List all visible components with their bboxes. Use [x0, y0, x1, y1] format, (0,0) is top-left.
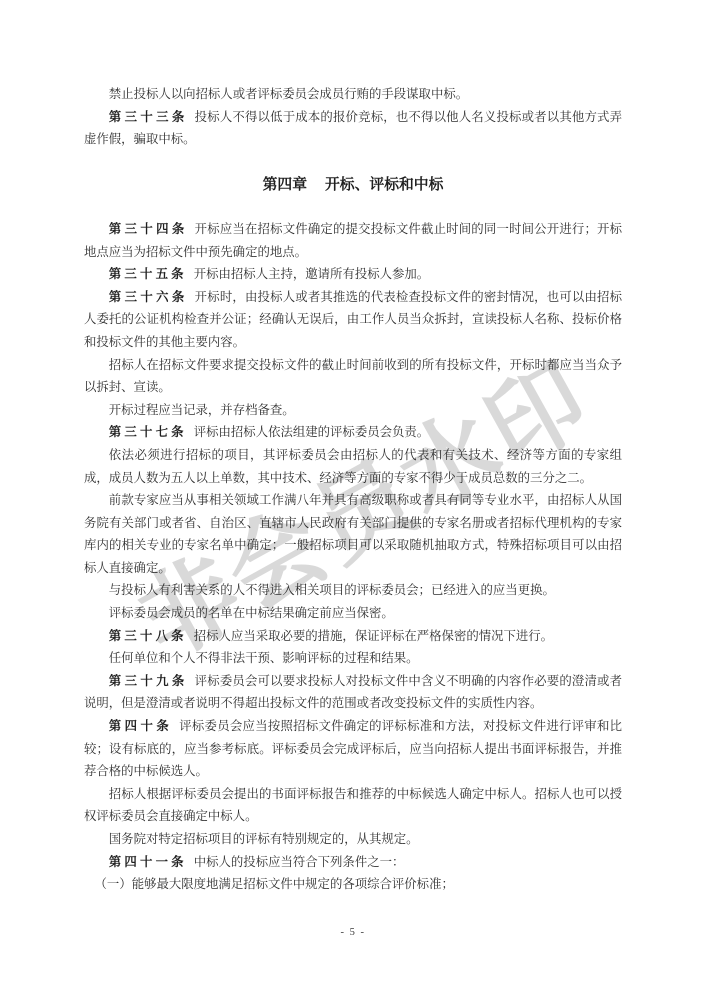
document-page: 非会员水印 禁止投标人以向招标人或者评标委员会成员行贿的手段谋取中标。 第三十三…	[0, 0, 706, 1000]
paragraph: 第三十九条评标委员会可以要求投标人对投标文件中含义不明确的内容作必要的澄清或者说…	[84, 670, 622, 715]
paragraph: 前款专家应当从事相关领域工作满八年并具有高级职称或者具有同等专业水平，由招标人从…	[84, 489, 622, 579]
paragraph-text: 与投标人有利害关系的人不得进入相关项目的评标委员会；已经进入的应当更换。	[109, 583, 555, 597]
paragraph-text: 开标由招标人主持，邀请所有投标人参加。	[194, 267, 429, 281]
page-number-footer: - 5 -	[0, 926, 706, 940]
chapter-title: 开标、评标和中标	[325, 177, 443, 193]
article-number: 第三十八条	[109, 629, 187, 643]
paragraph-text: 招标人根据评标委员会提出的书面评标报告和推荐的中标候选人确定中标人。招标人也可以…	[84, 787, 622, 824]
article-number: 第三十五条	[109, 267, 187, 281]
paragraph-text: 禁止投标人以向招标人或者评标委员会成员行贿的手段谋取中标。	[109, 87, 468, 101]
paragraph: 第四十一条中标人的投标应当符合下列条件之一：	[84, 851, 622, 874]
article-number: 第三十三条	[109, 110, 188, 124]
paragraph: 第三十六条开标时，由投标人或者其推选的代表检查投标文件的密封情况，也可以由招标人…	[84, 286, 622, 354]
paragraph: 开标过程应当记录，并存档备查。	[84, 399, 622, 422]
article-number: 第三十四条	[109, 222, 188, 236]
paragraph: 第四十条评标委员会应当按照招标文件确定的评标标准和方法，对投标文件进行评审和比较…	[84, 715, 622, 783]
article-number: 第三十九条	[109, 674, 188, 688]
paragraph-text: 招标人应当采取必要的措施，保证评标在严格保密的情况下进行。	[194, 629, 553, 643]
article-number: 第四十一条	[109, 855, 187, 869]
paragraph: 禁止投标人以向招标人或者评标委员会成员行贿的手段谋取中标。	[84, 83, 622, 106]
paragraph: 国务院对特定招标项目的评标有特别规定的，从其规定。	[84, 828, 622, 851]
paragraph: 招标人在招标文件要求提交投标文件的截止时间前收到的所有投标文件，开标时都应当当众…	[84, 354, 622, 399]
paragraph: 评标委员会成员的名单在中标结果确定前应当保密。	[84, 602, 622, 625]
paragraph: 第三十四条开标应当在招标文件确定的提交投标文件截止时间的同一时间公开进行；开标地…	[84, 218, 622, 263]
article-number: 第三十六条	[109, 290, 188, 304]
paragraph-text: 前款专家应当从事相关领域工作满八年并具有高级职称或者具有同等专业水平，由招标人从…	[84, 493, 622, 575]
paragraph: 任何单位和个人不得非法干预、影响评标的过程和结果。	[84, 647, 622, 670]
paragraph-text: 任何单位和个人不得非法干预、影响评标的过程和结果。	[109, 651, 419, 665]
paragraph: 招标人根据评标委员会提出的书面评标报告和推荐的中标候选人确定中标人。招标人也可以…	[84, 783, 622, 828]
paragraph: 第三十七条评标由招标人依法组建的评标委员会负责。	[84, 421, 622, 444]
paragraph-text: 开标过程应当记录，并存档备查。	[109, 403, 295, 417]
paragraph-text: （一）能够最大限度地满足招标文件中规定的各项综合评价标准；	[95, 877, 454, 891]
document-content: 禁止投标人以向招标人或者评标委员会成员行贿的手段谋取中标。 第三十三条投标人不得…	[0, 0, 706, 896]
paragraph-text: 中标人的投标应当符合下列条件之一：	[194, 855, 405, 869]
paragraph-text: 评标委员会成员的名单在中标结果确定前应当保密。	[109, 606, 394, 620]
paragraph-list-item: （一）能够最大限度地满足招标文件中规定的各项综合评价标准；	[84, 873, 622, 896]
paragraph-text: 评标由招标人依法组建的评标委员会负责。	[194, 425, 429, 439]
paragraph-text: 招标人在招标文件要求提交投标文件的截止时间前收到的所有投标文件，开标时都应当当众…	[84, 358, 622, 395]
article-number: 第四十条	[109, 719, 172, 733]
article-number: 第三十七条	[109, 425, 187, 439]
chapter-heading: 第四章开标、评标和中标	[84, 173, 622, 197]
paragraph: 第三十五条开标由招标人主持，邀请所有投标人参加。	[84, 263, 622, 286]
paragraph: 第三十三条投标人不得以低于成本的报价竞标，也不得以他人名义投标或者以其他方式弄虚…	[84, 106, 622, 151]
chapter-number: 第四章	[263, 177, 307, 193]
paragraph: 依法必须进行招标的项目，其评标委员会由招标人的代表和有关技术、经济等方面的专家组…	[84, 444, 622, 489]
paragraph-text: 依法必须进行招标的项目，其评标委员会由招标人的代表和有关技术、经济等方面的专家组…	[84, 448, 622, 485]
paragraph-text: 国务院对特定招标项目的评标有特别规定的，从其规定。	[109, 832, 419, 846]
paragraph: 与投标人有利害关系的人不得进入相关项目的评标委员会；已经进入的应当更换。	[84, 579, 622, 602]
paragraph: 第三十八条招标人应当采取必要的措施，保证评标在严格保密的情况下进行。	[84, 625, 622, 648]
